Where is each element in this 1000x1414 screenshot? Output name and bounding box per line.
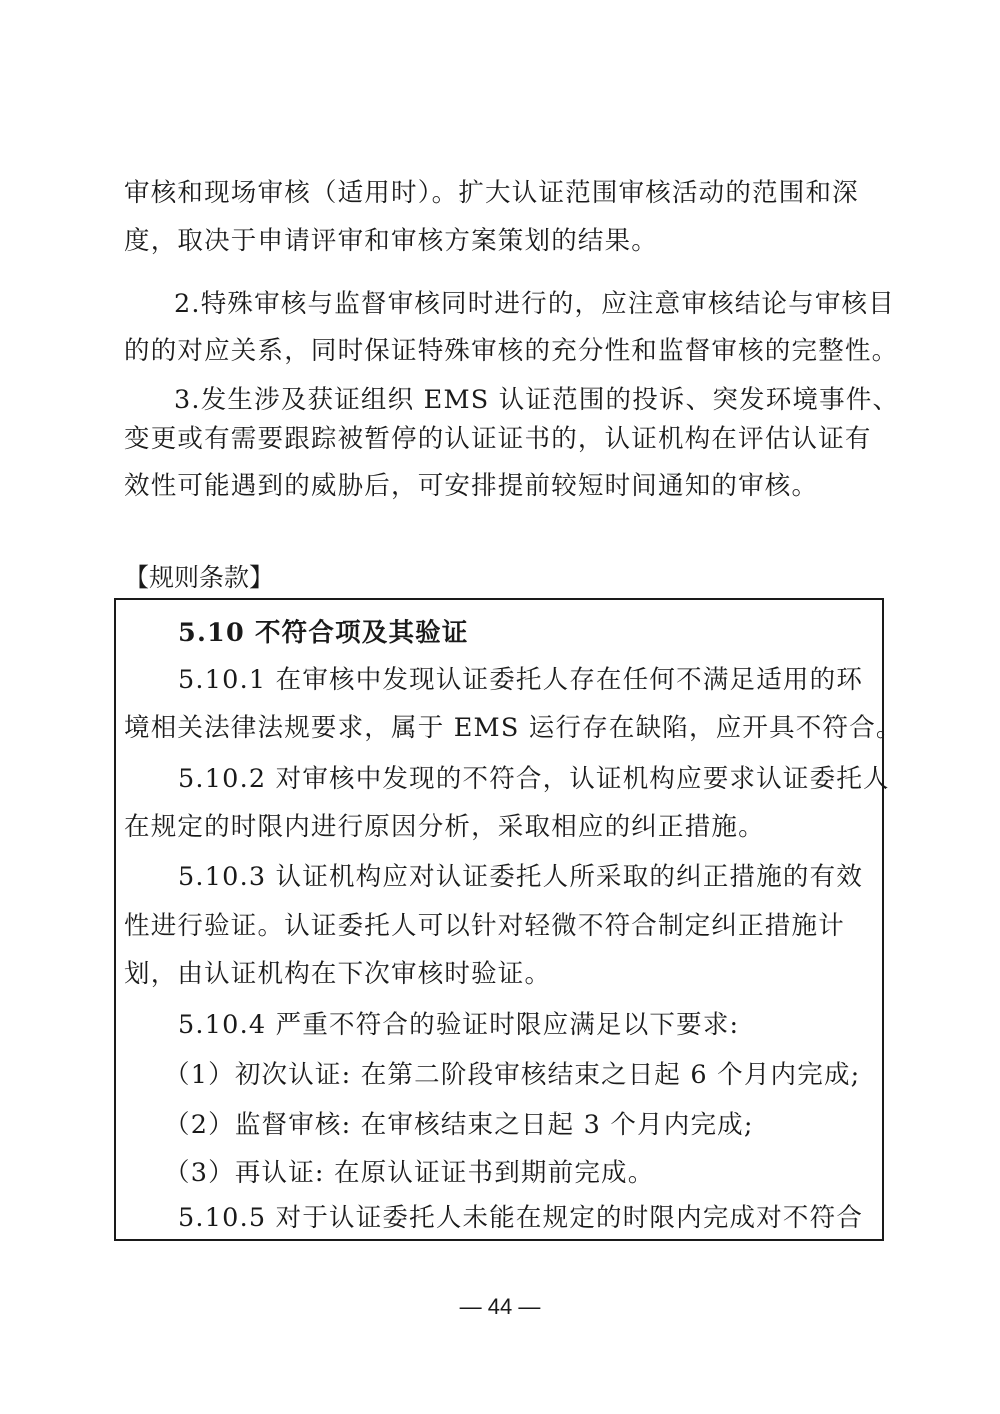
text-line: 审核和现场审核（适用时）。扩大认证范围审核活动的范围和深	[124, 178, 859, 208]
text-line: 性进行验证。认证委托人可以针对轻微不符合制定纠正措施计	[124, 911, 845, 941]
section-title: 5.10 不符合项及其验证	[178, 618, 469, 648]
text-line: 5.10.4 严重不符合的验证时限应满足以下要求:	[178, 1010, 739, 1040]
text-line: 5.10.3 认证机构应对认证委托人所采取的纠正措施的有效	[178, 862, 863, 892]
list-item: （2）监督审核: 在审核结束之日起 3 个月内完成;	[164, 1110, 754, 1140]
page-number: — 44 —	[0, 1294, 1000, 1320]
text-line: 变更或有需要跟踪被暂停的认证证书的，认证机构在评估认证有	[124, 424, 872, 454]
text-line: 的的对应关系，同时保证特殊审核的充分性和监督审核的完整性。	[124, 336, 898, 366]
list-item: （1）初次认证: 在第二阶段审核结束之日起 6 个月内完成;	[164, 1060, 860, 1090]
text-line: 5.10.1 在审核中发现认证委托人存在任何不满足适用的环	[178, 665, 863, 695]
text-line: 境相关法律法规要求，属于 EMS 运行存在缺陷，应开具不符合。	[124, 713, 903, 743]
list-item: （3）再认证: 在原认证证书到期前完成。	[164, 1158, 654, 1188]
rules-section-label: 【规则条款】	[124, 563, 274, 593]
text-line: 在规定的时限内进行原因分析，采取相应的纠正措施。	[124, 812, 765, 842]
text-line: 效性可能遇到的威胁后，可安排提前较短时间通知的审核。	[124, 471, 818, 501]
text-line: 2.特殊审核与监督审核同时进行的，应注意审核结论与审核目	[174, 289, 895, 319]
text-line: 5.10.2 对审核中发现的不符合，认证机构应要求认证委托人	[178, 764, 890, 794]
text-line: 度，取决于申请评审和审核方案策划的结果。	[124, 226, 658, 256]
text-line: 3.发生涉及获证组织 EMS 认证范围的投诉、突发环境事件、	[174, 385, 899, 415]
text-line: 5.10.5 对于认证委托人未能在规定的时限内完成对不符合	[178, 1203, 863, 1233]
text-line: 划，由认证机构在下次审核时验证。	[124, 959, 551, 989]
